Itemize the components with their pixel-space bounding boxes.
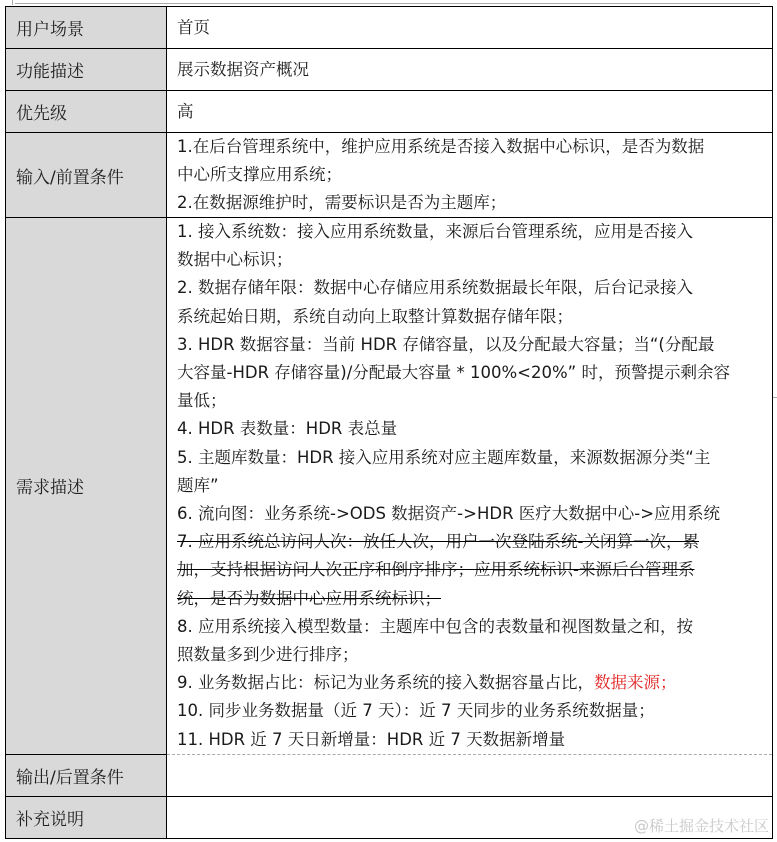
- watermark: @稀土掘金技术社区: [634, 815, 769, 836]
- value-postconditions: [167, 754, 773, 796]
- row-requirements: 需求描述 1. 接入系统数：接入应用系统数量，来源后台管理系统，应用是否接入 数…: [6, 218, 773, 755]
- row-priority: 优先级 高: [6, 91, 773, 133]
- req-line-struck: 7. 应用系统总访问人次：放任人次，用户一次登陆系统-关闭算一次，累: [177, 528, 764, 556]
- label-user-scenario: 用户场景: [6, 7, 167, 49]
- text-line: 1.在后台管理系统中，维护应用系统是否接入数据中心标识，是否为数据: [177, 133, 764, 161]
- data-source-highlight: 数据来源；: [594, 673, 677, 692]
- req-line-struck: 加，支持根据访问人次正序和倒序排序；应用系统标识-来源后台管理系: [177, 556, 764, 584]
- req-line: 照数量多到少进行排序；: [177, 641, 764, 669]
- text-line: 展示数据资产概况: [177, 56, 764, 84]
- req-line: 3. HDR 数据容量：当前 HDR 存储容量，以及分配最大容量；当“(分配最: [177, 331, 764, 359]
- req-line: 1. 接入系统数：接入应用系统数量，来源后台管理系统，应用是否接入: [177, 218, 764, 246]
- page-corner-mark: [12, 0, 13, 5]
- label-requirements: 需求描述: [6, 218, 167, 755]
- page-side-mark: [773, 397, 777, 398]
- req-line: 6. 流向图：业务系统->ODS 数据资产->HDR 医疗大数据中心->应用系统: [177, 500, 764, 528]
- req-line: 数据中心标识；: [177, 246, 764, 274]
- req-line: 大容量-HDR 存储容量)/分配最大容量 * 100%<20%” 时，预警提示剩…: [177, 359, 764, 387]
- label-notes: 补充说明: [6, 796, 167, 838]
- req-line: 量低；: [177, 387, 764, 415]
- req-line: 2. 数据存储年限：数据中心存储应用系统数据最长年限，后台记录接入: [177, 274, 764, 302]
- req-line-struck: 统，是否为数据中心应用系统标识；: [177, 589, 441, 608]
- requirements-table: 用户场景 首页 功能描述 展示数据资产概况 优先级 高 输入/前置条件 1.在后…: [5, 6, 773, 839]
- label-postconditions: 输出/后置条件: [6, 754, 167, 796]
- req-line: 系统起始日期，系统自动向上取整计算数据存储年限；: [177, 303, 764, 331]
- req-line: 11. HDR 近 7 天日新增量：HDR 近 7 天数据新增量: [177, 726, 764, 754]
- text-line: 高: [177, 98, 764, 126]
- label-function-description: 功能描述: [6, 49, 167, 91]
- page-edge-line: [15, 3, 760, 4]
- value-function-description: 展示数据资产概况: [167, 49, 773, 91]
- req-line-text: 9. 业务数据占比：标记为业务系统的接入数据容量占比，: [177, 673, 594, 692]
- label-preconditions: 输入/前置条件: [6, 133, 167, 218]
- req-line: 题库”: [177, 472, 764, 500]
- text-line: 中心所支撑应用系统；: [177, 161, 764, 189]
- row-preconditions: 输入/前置条件 1.在后台管理系统中，维护应用系统是否接入数据中心标识，是否为数…: [6, 133, 773, 218]
- req-line: 10. 同步业务数据量（近 7 天）：近 7 天同步的业务系统数据量；: [177, 697, 764, 725]
- text-line: 首页: [177, 14, 764, 42]
- req-line-with-highlight: 9. 业务数据占比：标记为业务系统的接入数据容量占比，数据来源；: [177, 669, 764, 697]
- label-priority: 优先级: [6, 91, 167, 133]
- value-preconditions: 1.在后台管理系统中，维护应用系统是否接入数据中心标识，是否为数据 中心所支撑应…: [167, 133, 773, 218]
- value-user-scenario: 首页: [167, 7, 773, 49]
- row-user-scenario: 用户场景 首页: [6, 7, 773, 49]
- req-line-struck-wrapper: 统，是否为数据中心应用系统标识；: [177, 585, 764, 613]
- value-requirements: 1. 接入系统数：接入应用系统数量，来源后台管理系统，应用是否接入 数据中心标识…: [167, 218, 773, 755]
- req-line: 4. HDR 表数量：HDR 表总量: [177, 415, 764, 443]
- text-line: 2.在数据源维护时，需要标识是否为主题库；: [177, 189, 764, 217]
- row-function-description: 功能描述 展示数据资产概况: [6, 49, 773, 91]
- req-line: 8. 应用系统接入模型数量：主题库中包含的表数量和视图数量之和，按: [177, 613, 764, 641]
- row-postconditions: 输出/后置条件: [6, 754, 773, 796]
- value-priority: 高: [167, 91, 773, 133]
- req-line: 5. 主题库数量：HDR 接入应用系统对应主题库数量，来源数据源分类“主: [177, 444, 764, 472]
